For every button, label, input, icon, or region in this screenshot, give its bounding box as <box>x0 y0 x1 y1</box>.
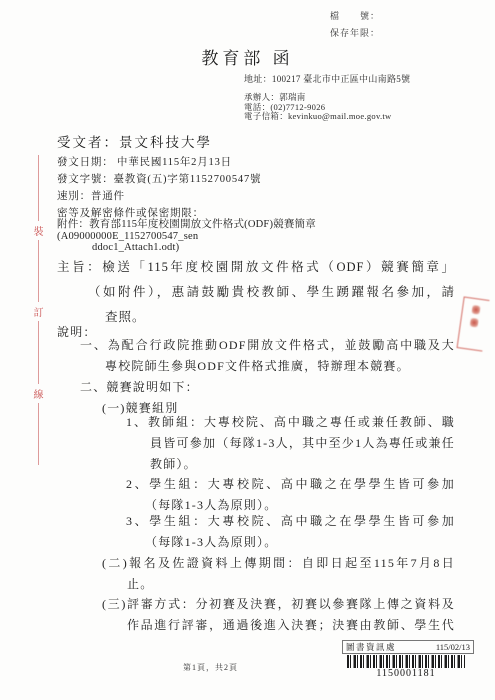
text-line: 1、教師組：大專校院、高中職之專任或兼任教師、職 <box>126 412 455 433</box>
paragraph-1: 一、為配合行政院推動ODF開放文件格式，並鼓勵高中職及大專校院師生參與ODF文件… <box>57 335 455 377</box>
text-line: 主旨：檢送「115年度校園開放文件格式（ODF）競賽簡章」 <box>57 255 455 280</box>
attachment-section: 附件：教育部115年度校園開放文件格式(ODF)競賽簡章 (A09000000E… <box>57 219 455 254</box>
text-line: 二、競賽說明如下： <box>80 377 455 398</box>
binding-mark-xian: 線 <box>32 384 45 403</box>
group-item-students-2: 3、學生組：大專校院、高中職之在學學生皆可參加（每隊1-3人為原則）。 <box>57 511 455 553</box>
text-line: 一、為配合行政院推動ODF開放文件格式，並鼓勵高中職及大 <box>80 335 455 356</box>
text-line: （每隊1-3人為原則）。 <box>145 532 455 553</box>
sender-info-block: 地址：100217 臺北市中正區中山南路5號 承辦人：郭瑞南 電話：(02)77… <box>244 72 410 122</box>
archive-labels: 檔 號： 保存年限： <box>330 8 380 42</box>
paragraph-2-3-judging: (三)評審方式：分初賽及決賽，初賽以參賽隊上傳之資料及作品進行評審，通過後進入決… <box>57 594 455 636</box>
file-number-label: 檔 號： <box>330 8 380 25</box>
text-line: (二)報名及佐證資料上傳期間：自即日起至115年7月8日 <box>102 553 455 574</box>
paragraph-2-2-registration: (二)報名及佐證資料上傳期間：自即日起至115年7月8日止。 <box>57 553 455 595</box>
text-line: 教師）。 <box>150 454 455 475</box>
text-line: 員皆可參加（每隊1-3人，其中至少1人為專任或兼任 <box>150 433 455 454</box>
subject-section: 主旨：檢送「115年度校園開放文件格式（ODF）競賽簡章」（如附件），惠請鼓勵貴… <box>57 255 455 330</box>
text-line: 發文字號：臺教資(五)字第1152700547號 <box>57 171 261 188</box>
text-line: (三)評審方式：分初賽及決賽，初賽以參賽隊上傳之資料及 <box>102 594 455 615</box>
text-line: 速別：普通件 <box>57 188 261 205</box>
document-title: 教育部 函 <box>0 44 495 69</box>
text-line: 作品進行評審，通過後進入決賽；決賽由教師、學生代 <box>127 615 455 636</box>
text-line: 3、學生組：大專校院、高中職之在學學生皆可參加 <box>126 511 455 532</box>
document-page: 檔 號： 保存年限： 教育部 函 地址：100217 臺北市中正區中山南路5號 … <box>0 0 495 700</box>
barcode-number: 1150001181 <box>347 668 465 679</box>
stamp-glyph-mark <box>471 305 480 315</box>
text-line: （如附件），惠請鼓勵貴校教師、學生踴躍報名參加，請 <box>88 280 455 305</box>
document-meta: 發文日期： 中華民國115年2月13日發文字號：臺教資(五)字第11527005… <box>57 154 261 222</box>
text-line: 發文日期： 中華民國115年2月13日 <box>57 154 261 171</box>
paragraph-2: 二、競賽說明如下： <box>57 377 455 398</box>
registry-date: 115/02/13 <box>436 642 470 652</box>
text-line: 2、學生組：大專校院、高中職之在學學生皆可參加 <box>126 474 455 495</box>
red-seal-stamp <box>457 296 490 351</box>
text-line: 專校院師生參與ODF文件格式推廣，特辦理本競賽。 <box>105 356 455 377</box>
registry-unit: 圖書資訊處 <box>346 641 396 653</box>
text-line: ddoc1_Attach1.odt) <box>92 242 455 254</box>
retention-period-label: 保存年限： <box>330 25 380 42</box>
text-line: 附件：教育部115年度校園開放文件格式(ODF)競賽簡章 (A09000000E… <box>57 219 455 242</box>
text-line: 止。 <box>127 574 455 595</box>
binding-mark-zhuang: 裝 <box>32 221 45 240</box>
recipient-line: 受文者：景文科技大學 <box>57 131 212 151</box>
stamp-glyph-mark <box>469 318 478 328</box>
sender-address: 地址：100217 臺北市中正區中山南路5號 <box>244 72 410 85</box>
contact-email: 電子信箱：kevinkuo@mail.moe.gov.tw <box>244 112 410 122</box>
group-item-teachers: 1、教師組：大專校院、高中職之專任或兼任教師、職員皆可參加（每隊1-3人，其中至… <box>57 412 455 475</box>
binding-mark-ding: 訂 <box>32 302 45 321</box>
page-indicator: 第1頁，共2頁 <box>183 662 238 673</box>
group-item-students-1: 2、學生組：大專校院、高中職之在學學生皆可參加（每隊1-3人為原則）。 <box>57 474 455 516</box>
registry-stamp-box: 圖書資訊處 115/02/13 <box>342 640 474 654</box>
